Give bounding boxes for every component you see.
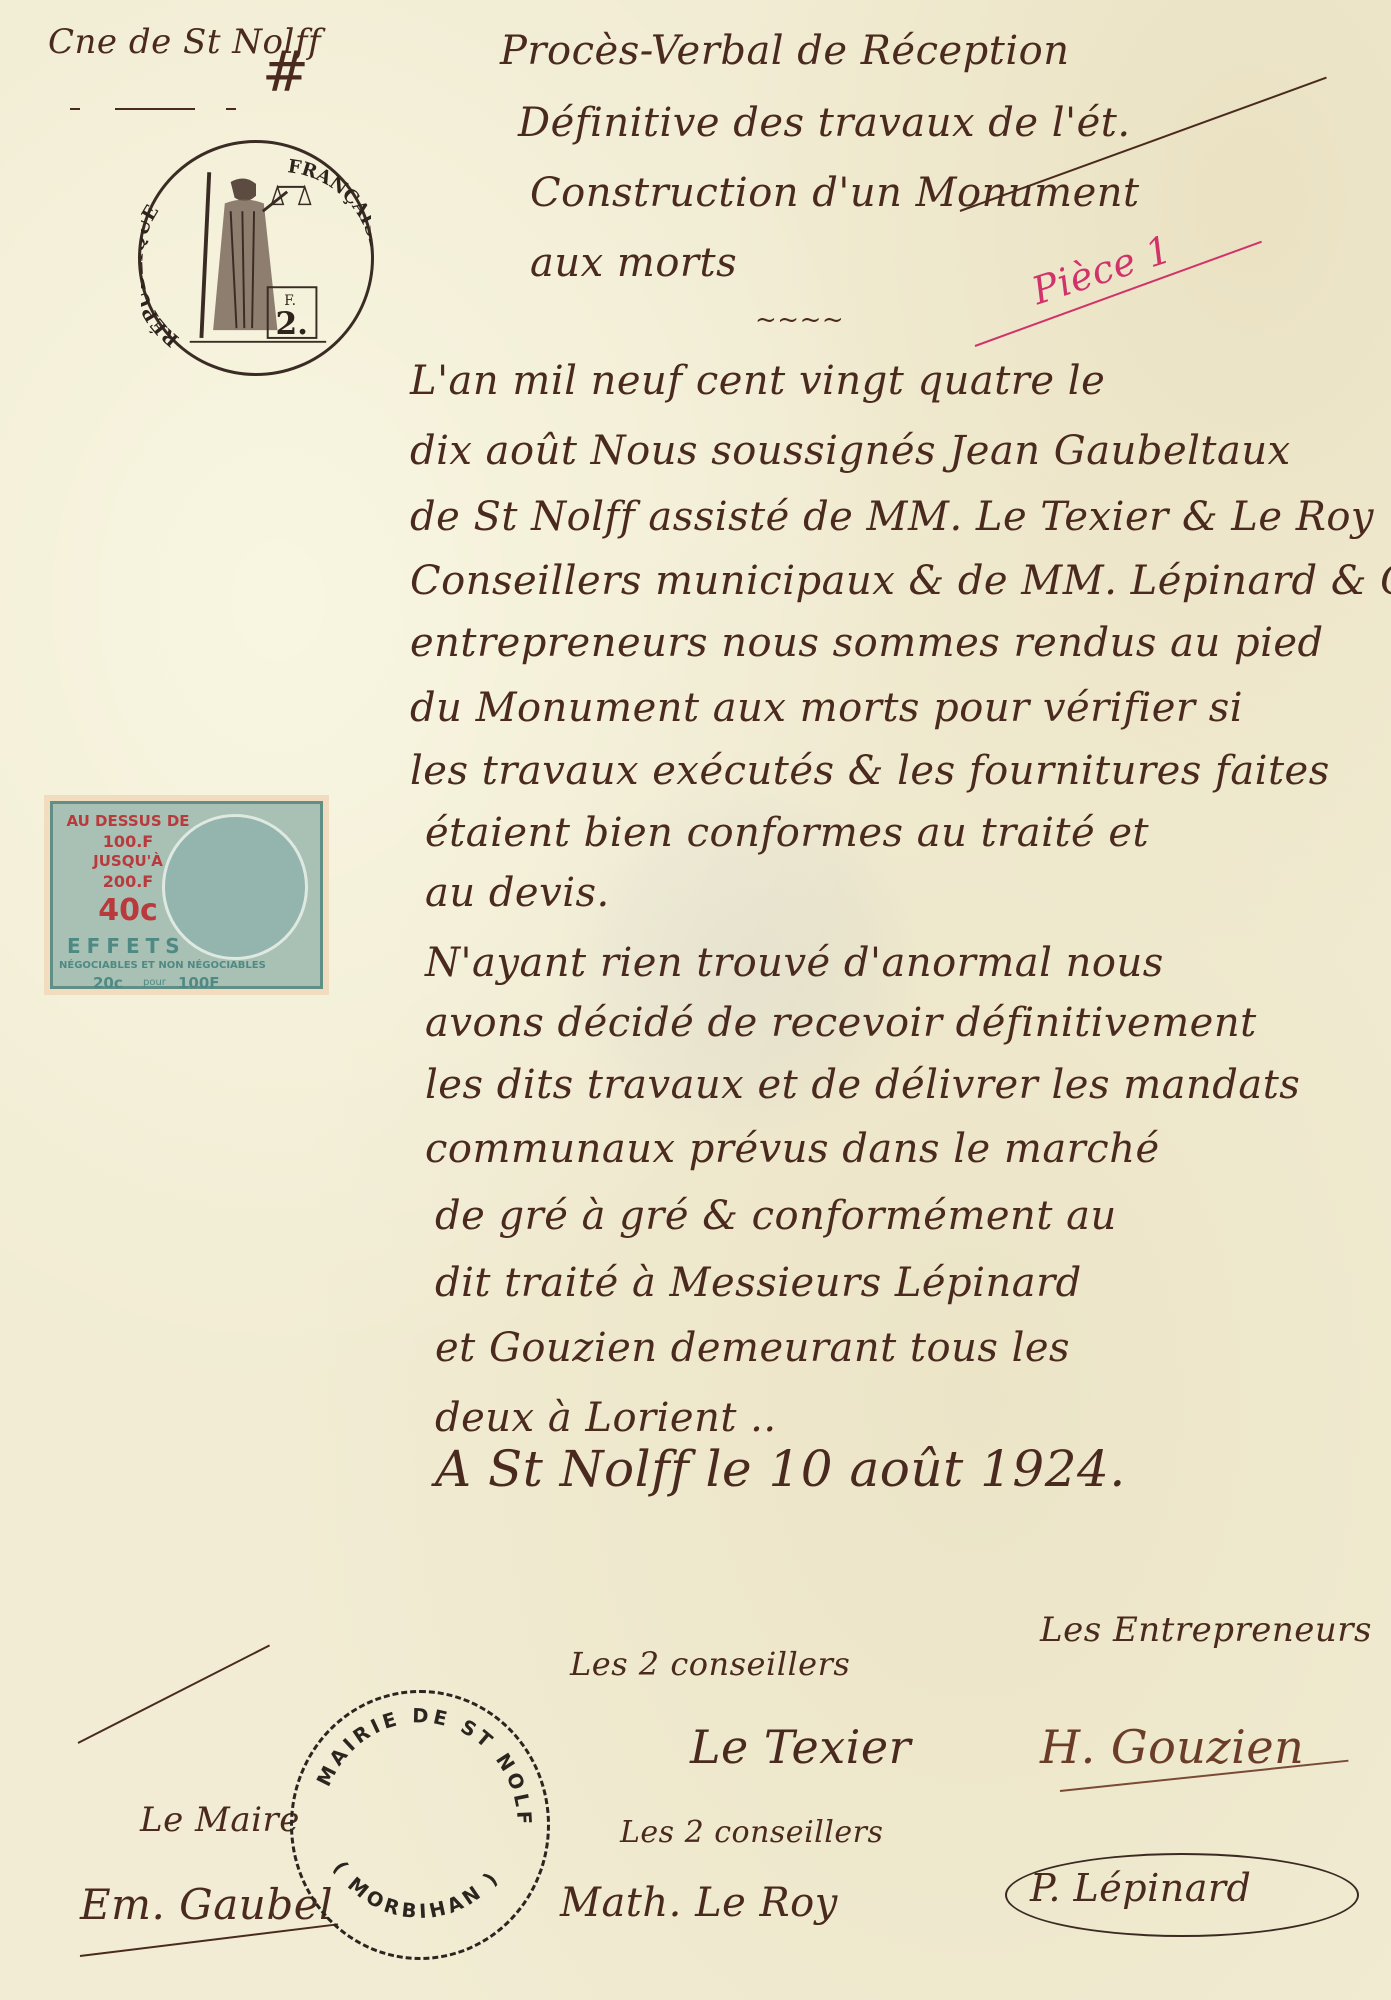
svg-text:RÉPUBLIQUE: RÉPUBLIQUE <box>141 202 183 350</box>
corner-dash-left <box>70 108 80 110</box>
corner-dash <box>115 108 195 110</box>
fiscal-rate-mid: pour <box>143 977 166 988</box>
body-line: avons décidé de recevoir définitivement <box>425 1000 1257 1046</box>
corner-mark: # <box>262 40 309 105</box>
signature-le-roy: Math. Le Roy <box>560 1880 838 1926</box>
document-title-line-2: Définitive des travaux de l'ét. <box>518 100 1131 146</box>
maire-slash <box>78 1645 270 1744</box>
body-line: les travaux exécutés & les fournitures f… <box>410 748 1330 794</box>
body-line: dit traité à Messieurs Lépinard <box>435 1260 1082 1306</box>
place-date: A St Nolff le 10 août 1924. <box>435 1440 1126 1498</box>
corner-dash-right <box>226 108 236 110</box>
signature-gouzien: H. Gouzien <box>1040 1720 1304 1774</box>
signature-lepinard: P. Lépinard <box>1030 1866 1251 1910</box>
entrepreneurs-label: Les Entrepreneurs <box>1040 1610 1372 1650</box>
maire-label: Le Maire <box>140 1800 300 1840</box>
body-line: les dits travaux et de délivrer les mand… <box>425 1062 1300 1108</box>
body-line: au devis. <box>425 870 610 916</box>
conseillers-label: Les 2 conseillers <box>570 1645 850 1683</box>
fiscal-subcategory: NÉGOCIABLES ET NON NÉGOCIABLES <box>59 960 266 971</box>
body-line: de St Nolff assisté de MM. Le Texier & L… <box>410 494 1374 540</box>
marianne-justice-icon: RÉPUBLIQUE FRANÇAISE F. 2. <box>141 143 371 373</box>
fiscal-stamp: AU DESSUS DE 100.F JUSQU'À 200.F 40c EFF… <box>44 795 329 995</box>
body-line: dix août Nous soussignés Jean Gaubeltaux <box>410 428 1291 474</box>
document-title-line-4: aux morts <box>530 240 737 286</box>
body-line: deux à Lorient .. <box>435 1395 777 1441</box>
body-line: L'an mil neuf cent vingt quatre le <box>410 358 1105 404</box>
svg-text:( MORBIHAN ): ( MORBIHAN ) <box>329 1857 505 1923</box>
revenue-seal: RÉPUBLIQUE FRANÇAISE F. 2. <box>138 140 374 376</box>
body-line: étaient bien conformes au traité et <box>425 810 1149 856</box>
body-line: Conseillers municipaux & de MM. Lépinard… <box>410 558 1391 604</box>
body-line: entrepreneurs nous sommes rendus au pied <box>410 620 1324 666</box>
body-line: communaux prévus dans le marché <box>425 1126 1160 1172</box>
document-title-line-1: Procès-Verbal de Réception <box>500 28 1069 74</box>
svg-text:MAIRIE DE ST NOLFF: MAIRIE DE ST NOLFF <box>293 1693 536 1829</box>
fiscal-category: EFFETS <box>67 934 186 958</box>
mairie-stamp: MAIRIE DE ST NOLFF ( MORBIHAN ) <box>290 1690 550 1960</box>
svg-text:2.: 2. <box>275 306 308 342</box>
body-line: et Gouzien demeurant tous les <box>435 1325 1070 1371</box>
signature-le-texier: Le Texier <box>690 1720 911 1774</box>
conseillers-label-2: Les 2 conseillers <box>620 1815 883 1850</box>
fiscal-rate-right: 100F <box>178 974 220 992</box>
fiscal-line-1: AU DESSUS DE <box>63 814 193 829</box>
body-line: de gré à gré & conformément au <box>435 1193 1117 1239</box>
separator: ~~~~ <box>755 305 844 335</box>
body-line: du Monument aux morts pour vérifier si <box>410 685 1243 731</box>
fiscal-rate-left: 20c <box>93 974 123 992</box>
body-line: N'ayant rien trouvé d'anormal nous <box>425 940 1164 986</box>
